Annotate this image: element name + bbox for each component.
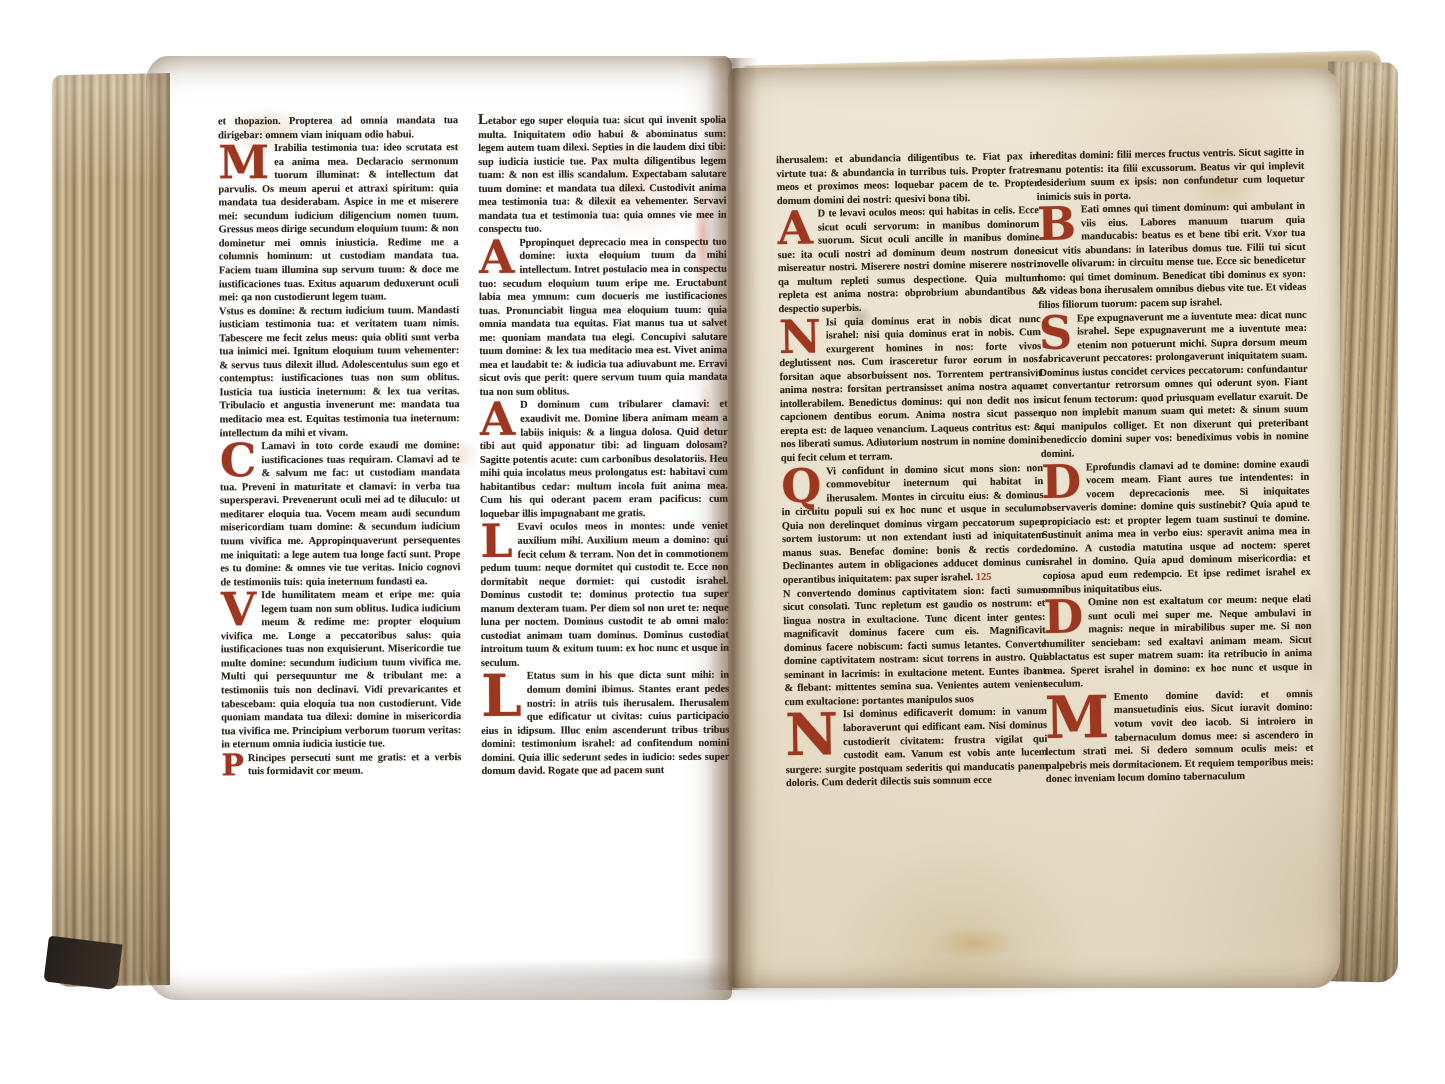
psalm-paragraph: ps 120LEvavi oculos meos in montes: unde… <box>480 520 729 670</box>
rubricated-initial: A <box>479 238 515 277</box>
rubricated-initial: L <box>478 113 488 128</box>
rubricated-initial: V <box>220 590 256 629</box>
text-column: iherusalem: et abundancia diligentibus t… <box>776 150 1049 880</box>
psalm-paragraph: 129DEprofundis clamavi ad te domine: dom… <box>1041 457 1311 597</box>
psalm-paragraph: CL 130DOmine non est exaltatum cor meum:… <box>1043 593 1312 692</box>
psalm-text: etabor ego super eloquia tua: sicut qui … <box>478 115 726 236</box>
text-column: hereditas domini: filii merces fructus v… <box>1036 146 1315 874</box>
psalm-text: D te levavi oculos meos: qui habitas in … <box>778 205 1041 315</box>
rubricated-initial: A <box>479 400 515 439</box>
psalm-paragraph: IN convertendo dominus captivitatem sion… <box>783 583 1047 709</box>
psalm-paragraph: Letabor ego super eloquia tua: sicut qui… <box>478 113 727 237</box>
psalm-paragraph: 122AD te levavi oculos meos: qui habitas… <box>777 204 1041 316</box>
psalm-text: Omine non est exaltatum cor meum: neque … <box>1044 594 1313 690</box>
rubricated-initial: N <box>779 317 822 357</box>
rubricated-initial: M <box>1045 692 1110 745</box>
psalm-text: Ide humilitatem meam et eripe me: quia l… <box>221 589 462 750</box>
psalm-paragraph: 131MEmento domine david: et omnis mansue… <box>1045 688 1314 787</box>
psalm-text: Rincipes persecuti sunt me gratis: et a … <box>248 752 462 778</box>
psalm-paragraph: CLamavi in toto corde exaudi me domine: … <box>220 439 461 589</box>
rubricated-initial: D <box>1041 462 1081 502</box>
psalm-text: Eprofundis clamavi ad te domine: domine … <box>1042 458 1311 595</box>
rubricated-initial: B <box>1037 205 1076 245</box>
psalm-paragraph: 119AD dominum cum tribularer clamavi: et… <box>479 398 728 521</box>
psalm-paragraph: APpropinquet deprecacio mea in conspectu… <box>479 236 728 400</box>
rubricated-initial: A <box>777 209 813 249</box>
photo-of-open-psalter: et thopazion. Propterea ad omnia mandata… <box>0 0 1445 1084</box>
rubricated-initial: S <box>1039 313 1073 353</box>
psalm-number-inline-note: 125 <box>976 572 992 583</box>
psalm-paragraph: 128SEpe expugnaverunt me a iuventute mea… <box>1039 308 1309 461</box>
psalm-text: iherusalem: et abundancia diligentibus t… <box>776 151 1039 207</box>
psalm-paragraph: 123NIsi quia dominus erat in nobis dicat… <box>779 313 1043 466</box>
psalm-paragraph: MIrabilia testimonia tua: ideo scrutata … <box>218 141 459 305</box>
binding-corner <box>43 936 122 991</box>
psalm-paragraph: IVstus es domine: & rectum iudicium tuum… <box>219 304 460 441</box>
text-column: et thopazion. Propterea ad omnia mandata… <box>218 114 462 871</box>
rubricated-initial: N <box>785 710 839 763</box>
psalm-text: Evavi oculos meos in montes: unde veniet… <box>480 521 728 669</box>
psalm-paragraph: 126NIsi dominus edificaverit domum: in v… <box>785 705 1048 790</box>
psalm-paragraph: hereditas domini: filii merces fructus v… <box>1036 146 1305 204</box>
psalm-paragraph: iherusalem: et abundancia diligentibus t… <box>776 150 1039 208</box>
psalm-text: Ppropinquet deprecacio mea in conspectu … <box>479 237 728 398</box>
psalm-text: D dominum cum tribularer clamavi: et exa… <box>480 399 728 520</box>
psalm-text: Vstus es domine: & rectum iudicium tuum.… <box>219 305 460 439</box>
psalm-paragraph: 127BEati omnes qui timent dominum: qui a… <box>1037 200 1307 313</box>
psalm-text: Eati omnes qui timent dominum: qui ambul… <box>1038 201 1307 311</box>
rubricated-initial: M <box>218 143 269 182</box>
text-column: Letabor ego super eloquia tua: sicut qui… <box>478 113 730 878</box>
psalm-paragraph: 121LEtatus sum in his que dicta sunt mih… <box>481 669 730 779</box>
psalm-text: N convertendo dominus captivitatem sion:… <box>783 584 1047 707</box>
psalm-text: hereditas domini: filii merces fructus v… <box>1036 147 1305 203</box>
rubricated-initial: D <box>1043 597 1083 637</box>
rubricated-initial: P <box>221 753 244 779</box>
rubricated-initial: Q <box>781 466 822 506</box>
psalm-text: Epe expugnaverunt me a iuventute mea: di… <box>1039 309 1308 460</box>
rubricated-initial: L <box>481 671 522 723</box>
psalm-paragraph: PRincipes persecuti sunt me gratis: et a… <box>221 751 461 779</box>
psalm-paragraph: 124QVi confidunt in domino sicut mons si… <box>781 462 1045 588</box>
psalm-paragraph: VIde humilitatem meam et eripe me: quia … <box>220 588 461 752</box>
rubricated-initial: C <box>220 441 257 480</box>
rubricated-initial: L <box>480 522 513 561</box>
